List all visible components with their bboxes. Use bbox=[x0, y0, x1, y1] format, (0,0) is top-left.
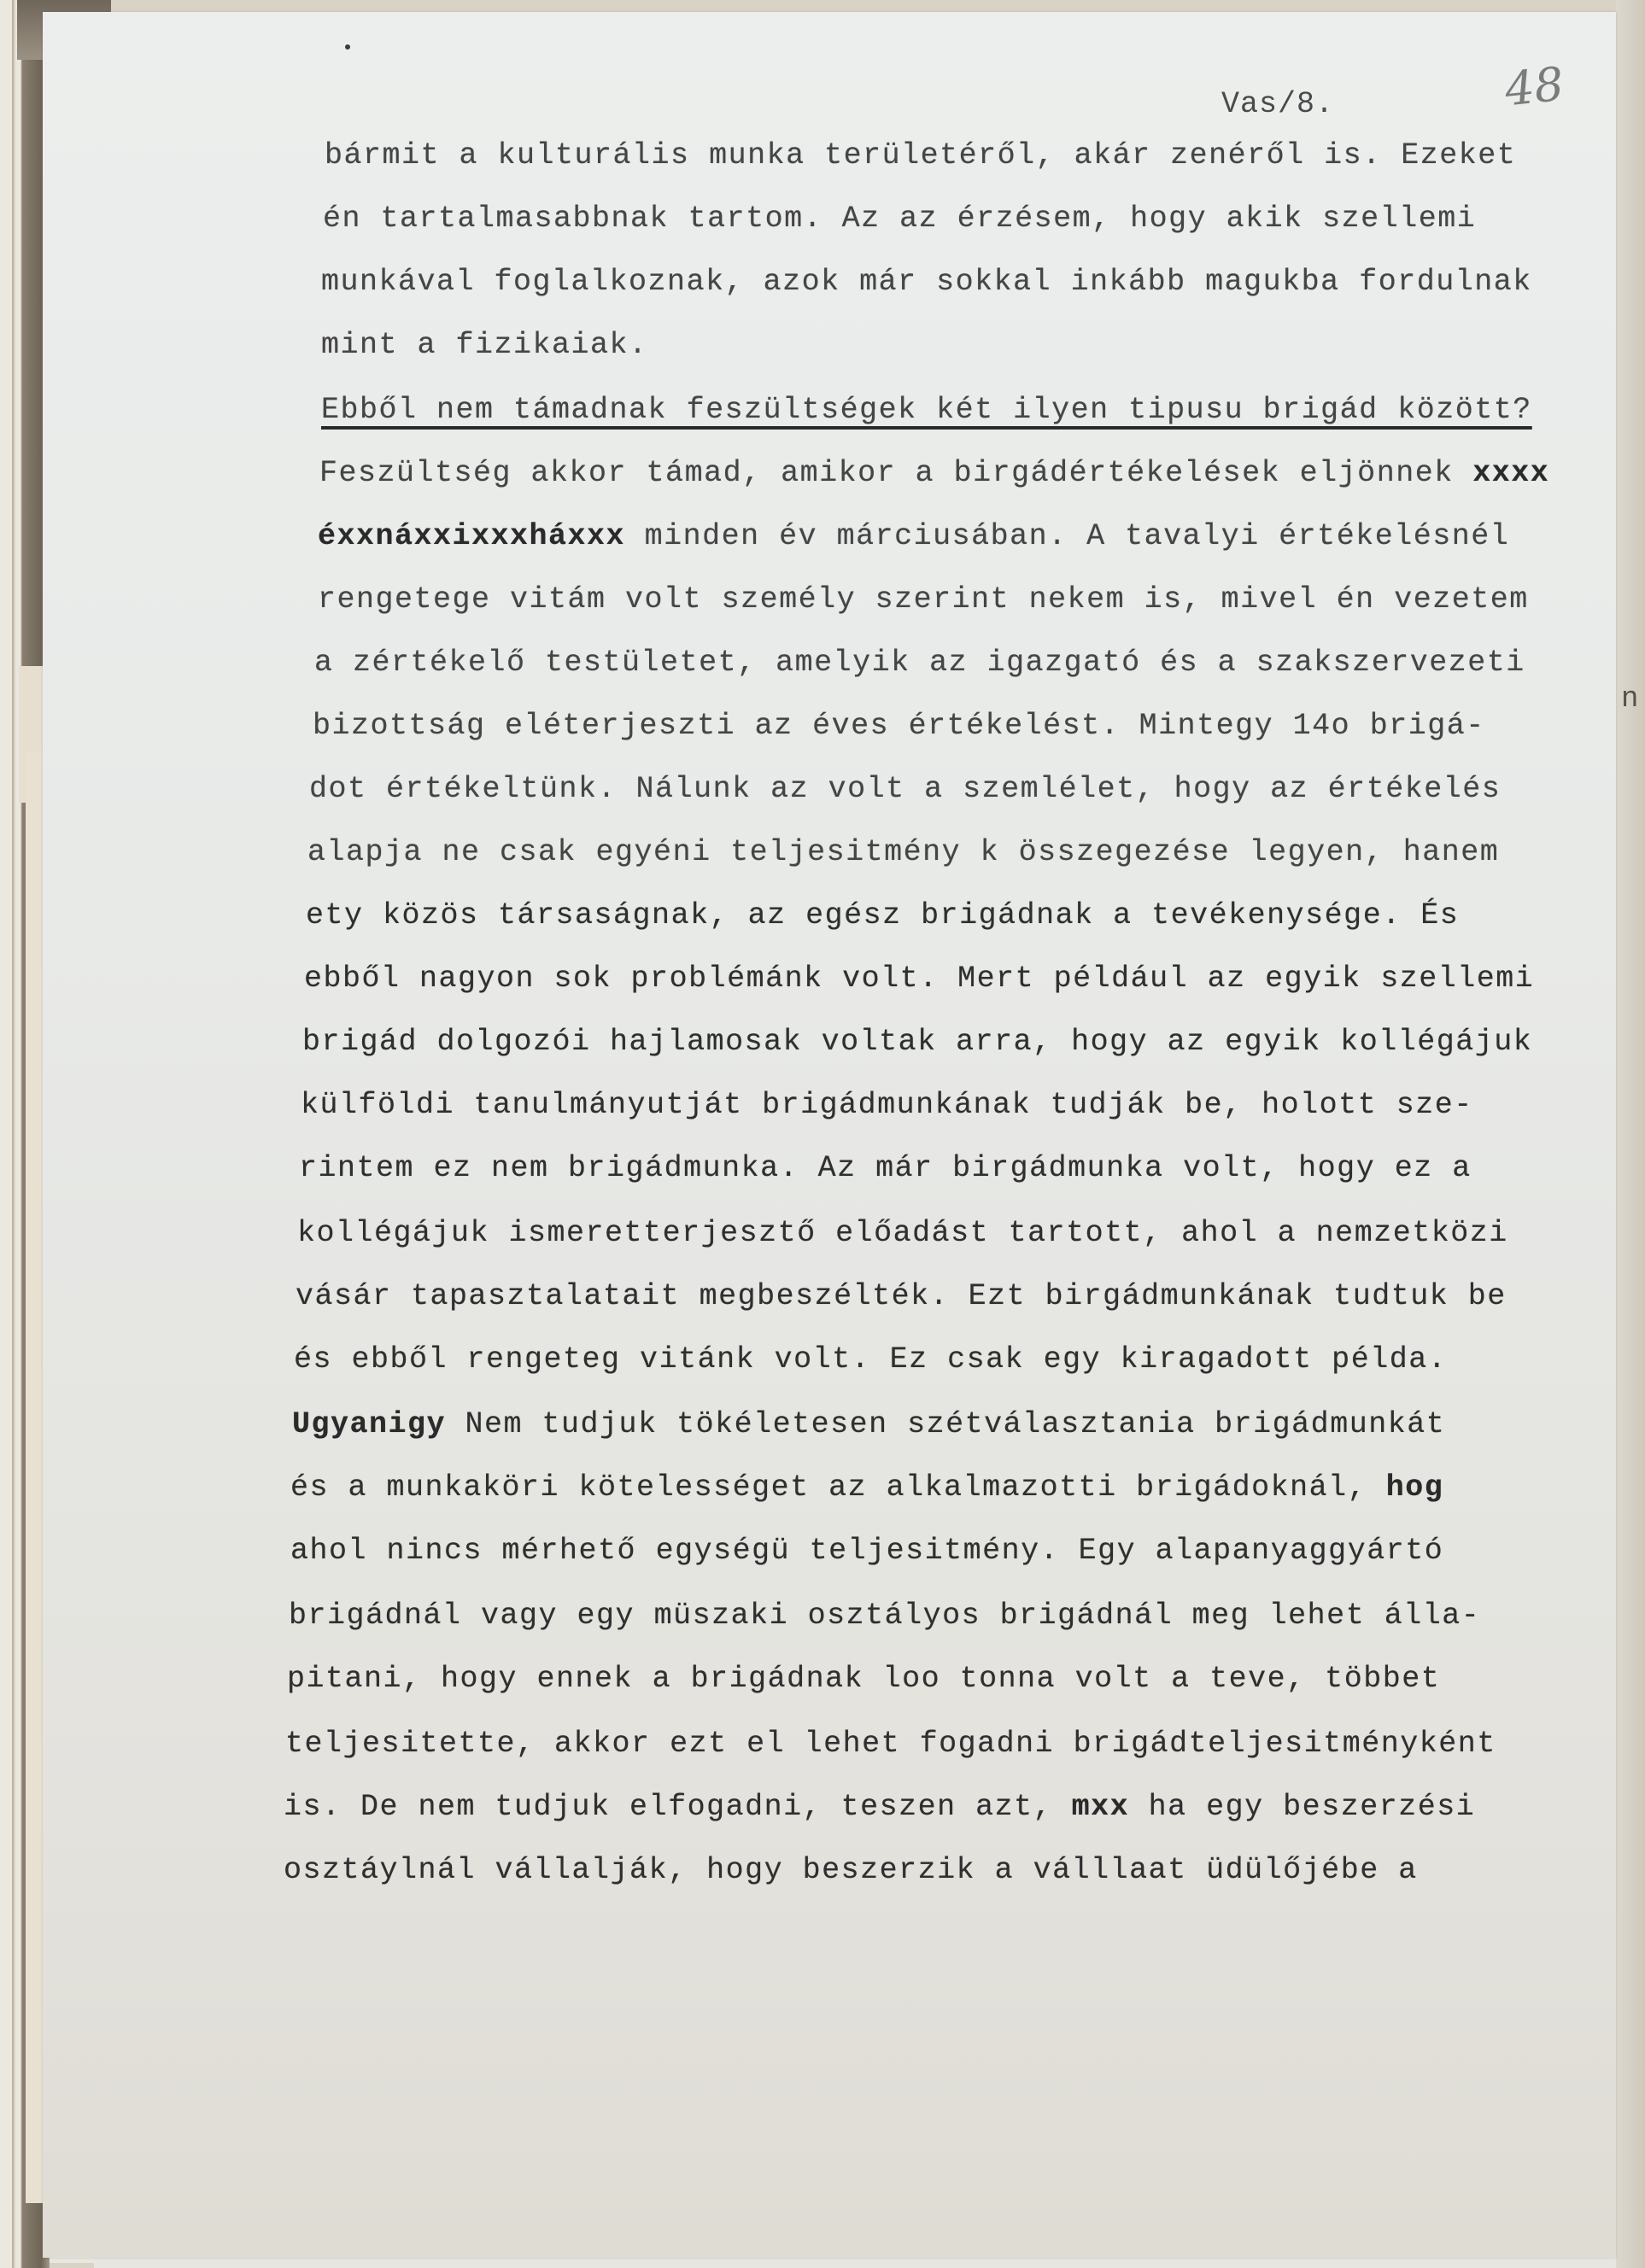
text-line: alapja ne csak egyéni teljesitmény k öss… bbox=[307, 835, 1499, 869]
line-text: a zértékelő testületet, amelyik az igazg… bbox=[314, 646, 1525, 680]
text-line: ahol nincs mérhető egységü teljesitmény.… bbox=[290, 1534, 1443, 1568]
struck-out-text: xxxx bbox=[1472, 456, 1549, 490]
struck-out-text: hog bbox=[1386, 1470, 1444, 1505]
struck-out-text: mxx bbox=[1072, 1790, 1130, 1824]
line-text: ha egy beszerzési bbox=[1129, 1790, 1475, 1824]
line-text: rengetege vitám volt személy szerint nek… bbox=[318, 582, 1529, 617]
text-line: osztáylnál vállalják, hogy beszerzik a v… bbox=[284, 1853, 1418, 1887]
text-line: bizottság eléterjeszti az éves értékelés… bbox=[313, 709, 1485, 743]
text-line: teljesitette, akkor ezt el lehet fogadni… bbox=[285, 1727, 1496, 1761]
line-text: külföldi tanulmányutját brigádmunkának t… bbox=[301, 1088, 1473, 1122]
line-text: osztáylnál vállalják, hogy beszerzik a v… bbox=[284, 1853, 1418, 1887]
text-line: és a munkaköri kötelességet az alkalmazo… bbox=[290, 1470, 1443, 1505]
line-text: is. De nem tudjuk elfogadni, teszen azt, bbox=[284, 1790, 1072, 1824]
text-line: brigádnál vagy egy müszaki osztályos bri… bbox=[289, 1599, 1480, 1633]
text-line: Ugyanigy Nem tudjuk tökéletesen szétvála… bbox=[292, 1407, 1445, 1441]
line-text: mint a fizikaiak. bbox=[321, 328, 648, 362]
line-text: munkával foglalkoznak, azok már sokkal i… bbox=[321, 265, 1532, 299]
text-line: dot értékeltünk. Nálunk az volt a szemlé… bbox=[309, 772, 1501, 806]
text-line: is. De nem tudjuk elfogadni, teszen azt,… bbox=[284, 1790, 1475, 1824]
line-text: bizottság eléterjeszti az éves értékelés… bbox=[313, 709, 1485, 743]
text-line: és ebből rengeteg vitánk volt. Ez csak e… bbox=[294, 1342, 1447, 1377]
text-line: mint a fizikaiak. bbox=[321, 328, 648, 362]
line-text: Ebből nem támadnak feszültségek két ilye… bbox=[321, 393, 1532, 427]
line-text: bármit a kulturális munka területéről, a… bbox=[325, 138, 1516, 172]
line-text: Feszültség akkor támad, amikor a birgádé… bbox=[319, 456, 1472, 490]
text-line: ety közös társaságnak, az egész brigádna… bbox=[306, 898, 1459, 932]
line-text: rintem ez nem brigádmunka. Az már birgád… bbox=[299, 1151, 1472, 1185]
line-text: és a munkaköri kötelességet az alkalmazo… bbox=[290, 1470, 1386, 1505]
text-line: vásár tapasztalatait megbeszélték. Ezt b… bbox=[296, 1279, 1507, 1313]
line-text: és ebből rengeteg vitánk volt. Ez csak e… bbox=[294, 1342, 1447, 1377]
line-text: alapja ne csak egyéni teljesitmény k öss… bbox=[307, 835, 1499, 869]
text-line: ebből nagyon sok problémánk volt. Mert p… bbox=[304, 962, 1534, 996]
text-line: Feszültség akkor támad, amikor a birgádé… bbox=[319, 456, 1549, 490]
line-text: ety közös társaságnak, az egész brigádna… bbox=[306, 898, 1459, 932]
text-line: rengetege vitám volt személy szerint nek… bbox=[318, 582, 1529, 617]
text-line: pitani, hogy ennek a brigádnak loo tonna… bbox=[287, 1662, 1440, 1696]
line-text: ebből nagyon sok problémánk volt. Mert p… bbox=[304, 962, 1534, 996]
text-line: rintem ez nem brigádmunka. Az már birgád… bbox=[299, 1151, 1472, 1185]
text-line: éxxnáxxixxxháxxx minden év márciusában. … bbox=[318, 519, 1509, 553]
line-text: én tartalmasabbnak tartom. Az az érzésem… bbox=[323, 202, 1476, 236]
body-text: bármit a kulturális munka területéről, a… bbox=[43, 12, 1616, 2258]
right-background-sheet bbox=[1616, 0, 1645, 2268]
line-text: dot értékeltünk. Nálunk az volt a szemlé… bbox=[309, 772, 1501, 806]
text-line: bármit a kulturális munka területéről, a… bbox=[325, 138, 1516, 172]
background-paper-edge bbox=[0, 0, 14, 2268]
text-line: külföldi tanulmányutját brigádmunkának t… bbox=[301, 1088, 1473, 1122]
right-margin-fragment: n bbox=[1621, 683, 1638, 716]
line-text: teljesitette, akkor ezt el lehet fogadni… bbox=[285, 1727, 1496, 1761]
text-line: munkával foglalkoznak, azok már sokkal i… bbox=[321, 265, 1532, 299]
text-line: a zértékelő testületet, amelyik az igazg… bbox=[314, 646, 1525, 680]
line-text: brigád dolgozói hajlamosak voltak arra, … bbox=[302, 1025, 1532, 1059]
text-line: kollégájuk ismeretterjesztő előadást tar… bbox=[297, 1216, 1508, 1250]
line-text: Nem tudjuk tökéletesen szétválasztania b… bbox=[446, 1407, 1445, 1441]
text-line: brigád dolgozói hajlamosak voltak arra, … bbox=[302, 1025, 1532, 1059]
line-text: minden év márciusában. A tavalyi értékel… bbox=[625, 519, 1509, 553]
line-text: pitani, hogy ennek a brigádnak loo tonna… bbox=[287, 1662, 1440, 1696]
line-text: vásár tapasztalatait megbeszélték. Ezt b… bbox=[296, 1279, 1507, 1313]
interview-question: Ebből nem támadnak feszültségek két ilye… bbox=[321, 393, 1532, 427]
text-line: én tartalmasabbnak tartom. Az az érzésem… bbox=[323, 202, 1476, 236]
struck-out-text: Ugyanigy bbox=[292, 1407, 446, 1441]
line-text: kollégájuk ismeretterjesztő előadást tar… bbox=[297, 1216, 1508, 1250]
line-text: brigádnál vagy egy müszaki osztályos bri… bbox=[289, 1599, 1480, 1633]
struck-out-text: éxxnáxxixxxháxxx bbox=[318, 519, 625, 553]
typewritten-page: Vas/8. 48 bármit a kulturális munka terü… bbox=[43, 12, 1616, 2258]
line-text: ahol nincs mérhető egységü teljesitmény.… bbox=[290, 1534, 1443, 1568]
